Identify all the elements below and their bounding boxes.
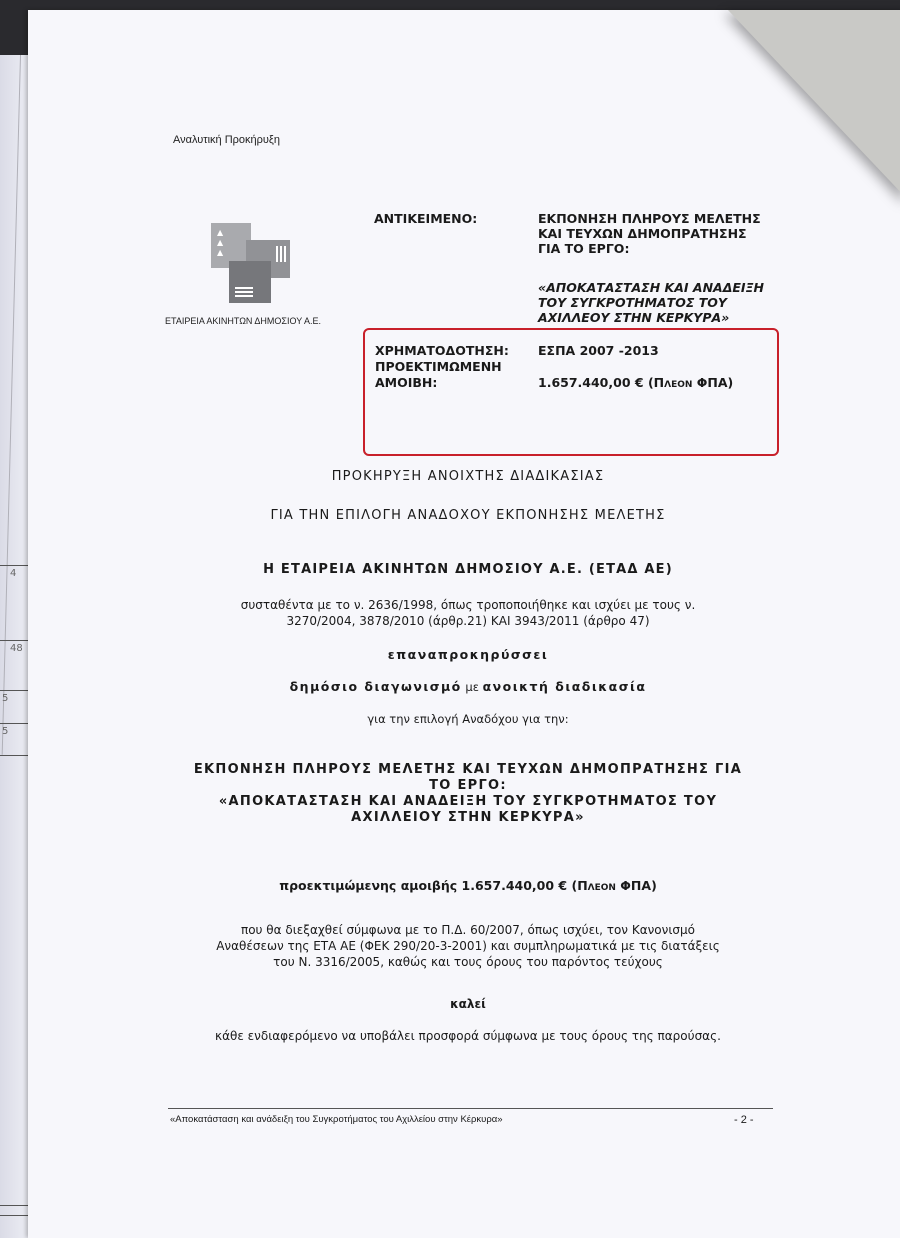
funding-values: ΕΣΠΑ 2007 -2013 1.657.440,00 € (Πλεον ΦΠ… [538, 343, 733, 391]
object-line: ΕΚΠΟΝΗΣΗ ΠΛΗΡΟΥΣ ΜΕΛΕΤΗΣ [538, 211, 761, 226]
project-title-line: ΑΧΙΛΛΕΟΥ ΣΤΗΝ ΚΕΡΚΥΡΑ» [538, 310, 764, 325]
divider [0, 565, 30, 566]
conducted-paragraph: που θα διεξαχθεί σύμφωνα με το Π.Δ. 60/2… [28, 922, 900, 970]
project-line: «ΑΠΟΚΑΤΑΣΤΑΣΗ ΚΑΙ ΑΝΑΔΕΙΞΗ ΤΟΥ ΣΥΓΚΡΟΤΗΜ… [28, 794, 900, 810]
legal-basis-line: 3270/2004, 3878/2010 (άρθρ.21) ΚΑΙ 3943/… [28, 613, 900, 629]
for-selection: για την επιλογή Αναδόχου για την: [28, 712, 900, 726]
project-title-line: «ΑΠΟΚΑΤΑΣΤΑΣΗ ΚΑΙ ΑΝΑΔΕΙΞΗ [538, 280, 764, 295]
object-value: ΕΚΠΟΝΗΣΗ ΠΛΗΡΟΥΣ ΜΕΛΕΤΗΣ ΚΑΙ ΤΕΥΧΩΝ ΔΗΜΟ… [538, 211, 761, 256]
re-announces: επαναπροκηρύσσει [28, 647, 900, 662]
divider [0, 723, 30, 724]
invites-text: κάθε ενδιαφερόμενο να υποβάλει προσφορά … [28, 1028, 900, 1044]
divider [0, 690, 30, 691]
project-title-line: ΤΟΥ ΣΥΓΚΡΟΤΗΜΑΤΟΣ ΤΟΥ [538, 295, 764, 310]
invites: καλεί [28, 997, 900, 1011]
etad-logo-icon: ▲ ▲ ▲ [211, 223, 301, 303]
tender-type-connector: με [462, 680, 483, 694]
divider [0, 1215, 30, 1216]
tender-type: δημόσιο διαγωνισμό με ανοικτή διαδικασία [28, 679, 900, 694]
back-sheet-number: 4 [10, 568, 16, 579]
page-number: - 2 - [734, 1114, 754, 1126]
header-label: Αναλυτική Προκήρυξη [173, 134, 280, 146]
fee-label: ΠΡΟΕΚΤΙΜΩΜΕΝΗ [375, 359, 509, 375]
object-line: ΚΑΙ ΤΕΥΧΩΝ ΔΗΜΟΠΡΑΤΗΣΗΣ [538, 226, 761, 241]
announcement-title: ΠΡΟΚΗΡΥΞΗ ΑΝΟΙΧΤΗΣ ΔΙΑΔΙΚΑΣΙΑΣ [28, 469, 900, 484]
back-sheet-number: 5 [2, 693, 8, 704]
fee-amount: 1.657.440,00 € [538, 375, 644, 390]
divider [0, 1205, 30, 1206]
legal-basis-line: συσταθέντα με το ν. 2636/1998, όπως τροπ… [28, 597, 900, 613]
project-title-block: ΕΚΠΟΝΗΣΗ ΠΛΗΡΟΥΣ ΜΕΛΕΤΗΣ ΚΑΙ ΤΕΥΧΩΝ ΔΗΜΟ… [28, 762, 900, 826]
company-heading: Η ΕΤΑΙΡΕΙΑ ΑΚΙΝΗΤΩΝ ΔΗΜΟΣΙΟΥ Α.Ε. (ΕΤΑΔ … [28, 562, 900, 577]
footer-divider [168, 1108, 773, 1109]
fee-label: ΑΜΟΙΒΗ: [375, 375, 509, 391]
fee-sentence-amount: προεκτιμώμενης αμοιβής 1.657.440,00 € [279, 878, 567, 893]
document-page: Αναλυτική Προκήρυξη ▲ ▲ ▲ ΕΤΑΙΡΕΙΑ ΑΚΙΝΗ… [28, 10, 900, 1238]
divider [0, 640, 30, 641]
fee-sentence-note: (Πλεον ΦΠΑ) [571, 878, 656, 893]
legal-basis: συσταθέντα με το ν. 2636/1998, όπως τροπ… [28, 597, 900, 629]
funding-value: ΕΣΠΑ 2007 -2013 [538, 343, 733, 359]
tender-type-bold: δημόσιο διαγωνισμό [290, 679, 462, 694]
conducted-line: που θα διεξαχθεί σύμφωνα με το Π.Δ. 60/2… [28, 922, 900, 938]
object-label: ΑΝΤΙΚΕΙΜΕΝΟ: [374, 211, 477, 226]
tender-type-bold: ανοικτή διαδικασία [483, 679, 647, 694]
project-line: ΑΧΙΛΛΕΙΟΥ ΣΤΗΝ ΚΕΡΚΥΡΑ» [28, 810, 900, 826]
conducted-line: του Ν. 3316/2005, καθώς και τους όρους τ… [28, 954, 900, 970]
project-title-italic: «ΑΠΟΚΑΤΑΣΤΑΣΗ ΚΑΙ ΑΝΑΔΕΙΞΗ ΤΟΥ ΣΥΓΚΡΟΤΗΜ… [538, 280, 764, 325]
back-sheet-number: 5 [2, 726, 8, 737]
footer-text: «Αποκατάσταση και ανάδειξη του Συγκροτήμ… [170, 1114, 503, 1125]
announcement-subtitle: ΓΙΑ ΤΗΝ ΕΠΙΛΟΓΗ ΑΝΑΔΟΧΟΥ ΕΚΠΟΝΗΣΗΣ ΜΕΛΕΤ… [28, 508, 900, 523]
funding-label: ΧΡΗΜΑΤΟΔΟΤΗΣΗ: [375, 343, 509, 359]
fee-note: (Πλεον ΦΠΑ) [648, 375, 733, 390]
conducted-line: Αναθέσεων της ΕΤΑ ΑΕ (ΦΕΚ 290/20-3-2001)… [28, 938, 900, 954]
funding-labels: ΧΡΗΜΑΤΟΔΟΤΗΣΗ: ΠΡΟΕΚΤΙΜΩΜΕΝΗ ΑΜΟΙΒΗ: [375, 343, 509, 391]
organization-name: ΕΤΑΙΡΕΙΑ ΑΚΙΝΗΤΩΝ ΔΗΜΟΣΙΟΥ Α.Ε. [165, 316, 321, 326]
project-line: ΕΚΠΟΝΗΣΗ ΠΛΗΡΟΥΣ ΜΕΛΕΤΗΣ ΚΑΙ ΤΕΥΧΩΝ ΔΗΜΟ… [28, 762, 900, 778]
divider [0, 755, 30, 756]
fee-sentence: προεκτιμώμενης αμοιβής 1.657.440,00 € (Π… [28, 878, 900, 893]
fee-value: 1.657.440,00 € (Πλεον ΦΠΑ) [538, 375, 733, 391]
back-sheet-number: 48 [10, 643, 23, 654]
folded-corner [728, 10, 900, 200]
project-line: ΤΟ ΕΡΓΟ: [28, 778, 900, 794]
object-line: ΓΙΑ ΤΟ ΕΡΓΟ: [538, 241, 761, 256]
